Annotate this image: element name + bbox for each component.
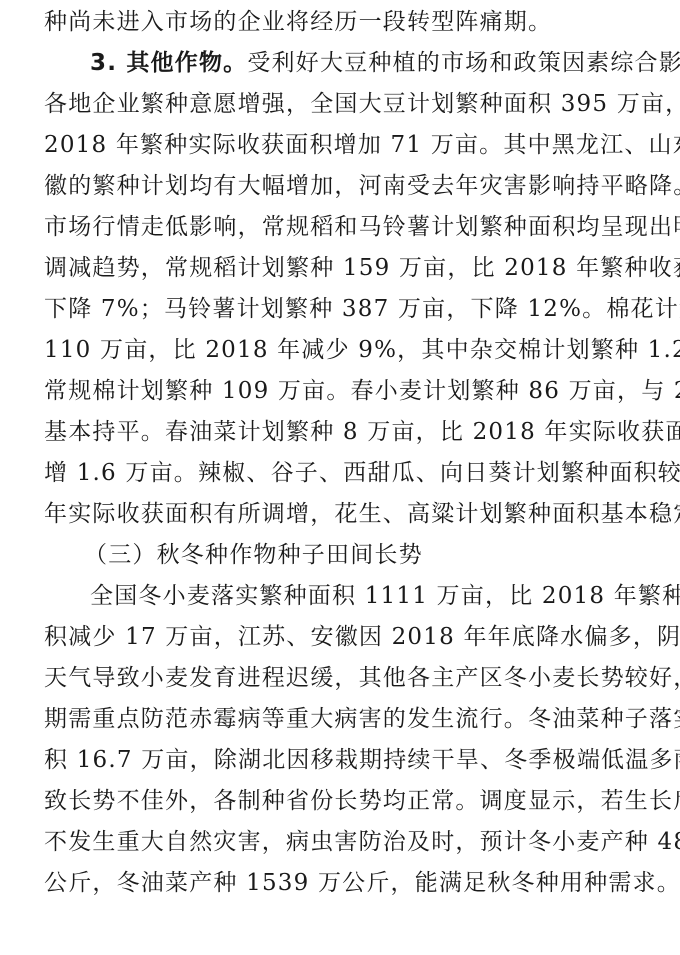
paragraph-line: 公斤，冬油菜产种 1539 万公斤，能满足秋冬种用种需求。 — [44, 863, 636, 903]
paragraph-line: 全国冬小麦落实繁种面积 1111 万亩，比 2018 年繁种收获面 — [90, 576, 636, 616]
paragraph-line: 各地企业繁种意愿增强，全国大豆计划繁种面积 395 万亩，比 — [44, 84, 636, 124]
paragraph-line: 增 1.6 万亩。辣椒、谷子、西甜瓜、向日葵计划繁种面积较 2018 — [44, 453, 636, 493]
paragraph-line: 天气导致小麦发育进程迟缓，其他各主产区冬小麦长势较好，后 — [44, 658, 636, 698]
paragraph-line: 年实际收获面积有所调增，花生、高粱计划繁种面积基本稳定。 — [44, 494, 636, 534]
paragraph-line: 徽的繁种计划均有大幅增加，河南受去年灾害影响持平略降。受 — [44, 166, 636, 206]
paragraph-line: 2018 年繁种实际收获面积增加 71 万亩。其中黑龙江、山东、安 — [44, 125, 636, 165]
paragraph-line: 基本持平。春油菜计划繁种 8 万亩，比 2018 年实际收获面积调 — [44, 412, 636, 452]
paragraph-line: 市场行情走低影响，常规稻和马铃薯计划繁种面积均呈现出明显 — [44, 207, 636, 247]
paragraph-line: 下降 7%；马铃薯计划繁种 387 万亩，下降 12%。棉花计划繁种 — [44, 289, 636, 329]
section-label: 3. 其他作物。 — [90, 50, 247, 76]
paragraph-text: 受利好大豆种植的市场和政策因素综合影响， — [247, 50, 680, 76]
paragraph-line: 积 16.7 万亩，除湖北因移栽期持续干旱、冬季极端低温多雨导 — [44, 740, 636, 780]
paragraph-line: 不发生重大自然灾害，病虫害防治及时，预计冬小麦产种 48 亿 — [44, 822, 636, 862]
paragraph-line: 110 万亩，比 2018 年减少 9%，其中杂交棉计划繁种 1.2 万亩， — [44, 330, 636, 370]
document-page: 种尚未进入市场的企业将经历一段转型阵痛期。 3. 其他作物。受利好大豆种植的市场… — [0, 0, 680, 955]
paragraph-line: 种尚未进入市场的企业将经历一段转型阵痛期。 — [44, 2, 636, 42]
paragraph-line: 调减趋势，常规稻计划繁种 159 万亩，比 2018 年繁种收获面积 — [44, 248, 636, 288]
paragraph-line: 致长势不佳外，各制种省份长势均正常。调度显示，若生长后期 — [44, 781, 636, 821]
paragraph-line: 3. 其他作物。受利好大豆种植的市场和政策因素综合影响， — [90, 43, 636, 83]
paragraph-line: 期需重点防范赤霉病等重大病害的发生流行。冬油菜种子落实面 — [44, 699, 636, 739]
section-heading: （三）秋冬种作物种子田间长势 — [84, 535, 676, 575]
paragraph-line: 积减少 17 万亩，江苏、安徽因 2018 年年底降水偏多，阴雨寡照 — [44, 617, 636, 657]
paragraph-line: 常规棉计划繁种 109 万亩。春小麦计划繁种 86 万亩，与 2018 年 — [44, 371, 636, 411]
